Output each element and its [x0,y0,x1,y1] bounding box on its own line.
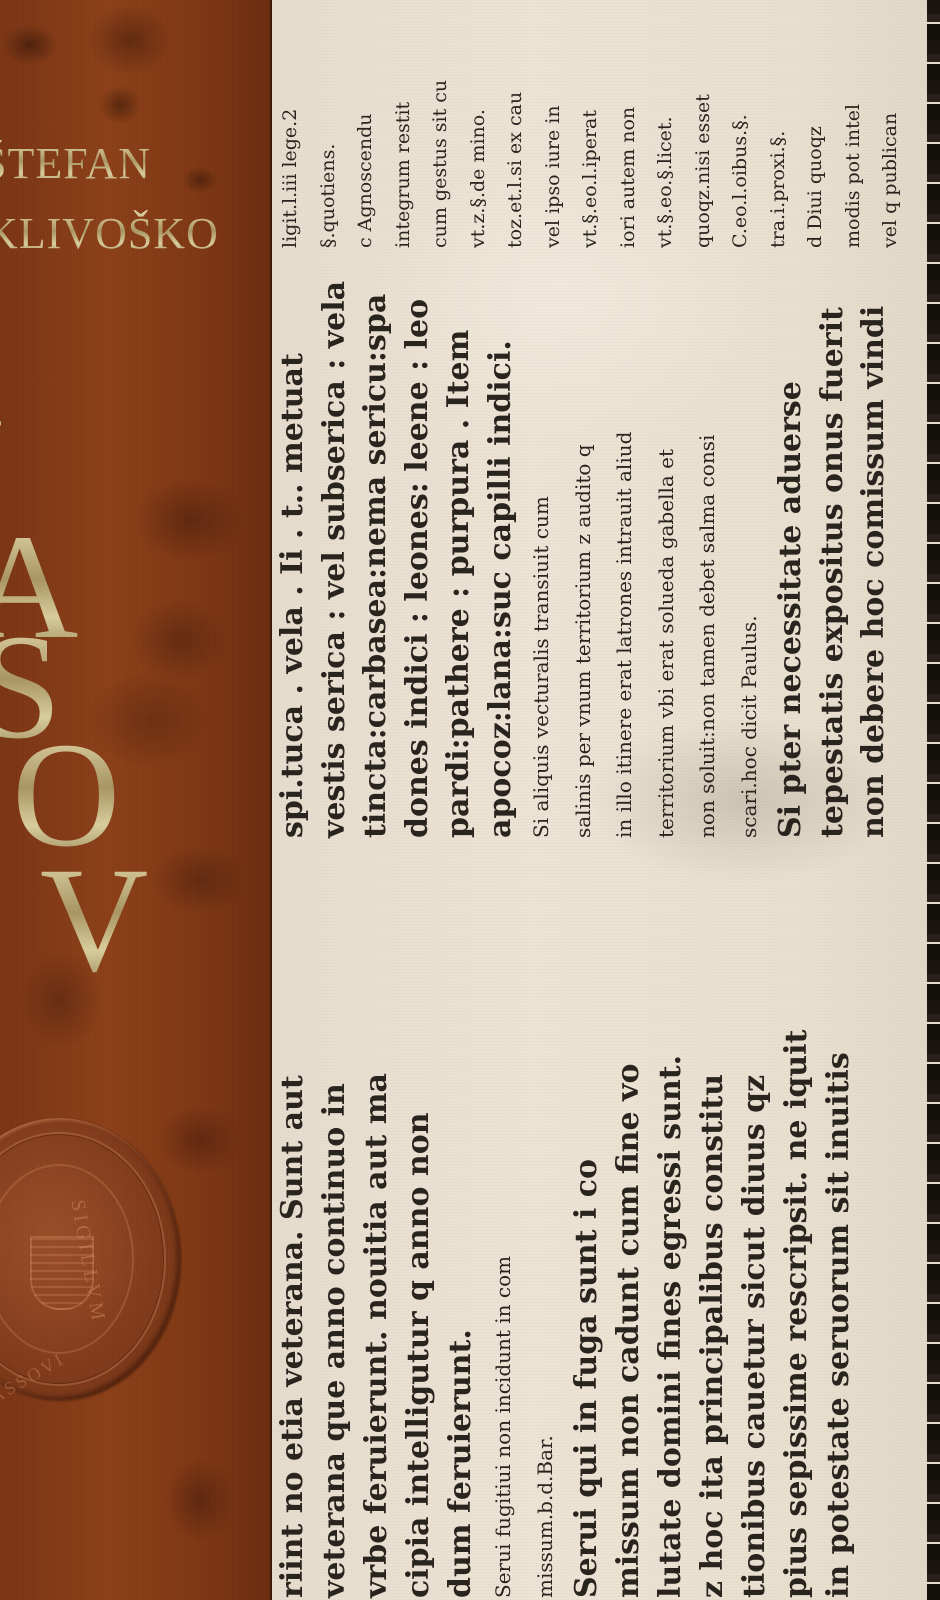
text-line: dones indici : leones: leene : leo [397,258,439,838]
text-line: riint no etia veterana. Sunt aut [272,898,314,1598]
text-block-middle: spi.tuca . vela . Ii . t.. metuat vestis… [272,258,895,838]
text-line: vt.§.eo.l.iperat [572,0,610,248]
incunabula-page: ligit.l.iii lege.2 §.quotiens. c Agnosce… [272,0,927,1600]
text-line: cum gestus sit cu [422,0,460,248]
text-line: iori autem non [610,0,648,248]
text-line: lutate domini fines egressi sunt. [650,898,692,1598]
text-line: Si pter necessitate aduerse [770,258,812,838]
leather-panel: ŠTEFAN KLIVOŠKO J A S O V SIGILLVM IASSO… [0,0,272,1600]
embossed-seal-icon: SIGILLVM IASSOVI [0,1118,180,1400]
text-line: veterana que anno continuo in [314,898,356,1598]
text-line: cipia intelligutur q anno non [398,898,440,1598]
text-line: c Agnoscendu [347,0,385,248]
text-line: apocoz:lana:suc capilli indici. [480,258,522,838]
text-line: vestis serica : vel subserica : vela [314,258,356,838]
text-line: vrbe feruierunt. nouitia aut ma [356,898,398,1598]
text-line: toz.et.l.si ex cau [497,0,535,248]
author-last-name: KLIVOŠKO [0,208,219,259]
text-line: non soluit:non tamen debet salma consi [687,258,729,838]
text-line: Si aliquis vecturalis transiuit cum [521,258,563,838]
text-line: vel q publican [872,0,910,248]
text-line: §.quotiens. [310,0,348,248]
page-edge-strip [927,0,940,1600]
text-line: Serui fugitiui non incidunt in com [482,898,524,1598]
text-line: quoqz.nisi esset [685,0,723,248]
text-line: Serui qui in fuga sunt i co [566,898,608,1598]
text-line: in illo itinere erat latrones intrauit a… [604,258,646,838]
text-line: non debere hoc comissum vindi [853,258,895,838]
text-line: vt.z.§.de mino. [460,0,498,248]
title-letter-v: V [40,845,149,995]
text-line: salinis per vnum territorium z audito q [563,258,605,838]
text-line: tepestatis expositus onus fuerit [812,258,854,838]
text-line: pardi:pathere : purpura . Item [438,258,480,838]
text-line: missum non cadunt cum fine vo [608,898,650,1598]
text-line: integrum restit [385,0,423,248]
text-line: tra.i.proxi.§. [760,0,798,248]
book-cover: ŠTEFAN KLIVOŠKO J A S O V SIGILLVM IASSO… [0,0,940,1600]
text-line: pius sepissime rescripsit. ne iquit [776,898,818,1598]
text-line: territorium vbi erat solueda gabella et [646,258,688,838]
text-line: spi.tuca . vela . Ii . t.. metuat [272,258,314,838]
text-line: vt.§.eo.§.licet. [647,0,685,248]
text-line: in potestate seruorum sit inuitis [818,898,860,1598]
text-line: scari.hoc dicit Paulus. [729,258,771,838]
text-block-top: ligit.l.iii lege.2 §.quotiens. c Agnosce… [272,0,910,248]
text-line: d Diui quoqz [797,0,835,248]
text-line: missum.b.d.Bar. [524,898,566,1598]
text-line: C.eo.l.oibus.§. [722,0,760,248]
text-line: z hoc ita principalibus constitu [692,898,734,1598]
text-block-bottom: riint no etia veterana. Sunt aut veteran… [272,898,860,1598]
text-line: tincta:carbasea:nema sericu:spa [355,258,397,838]
text-line: ligit.l.iii lege.2 [272,0,310,248]
text-line: tionibus cauetur sicut diuus qz [734,898,776,1598]
text-line: dum feruierunt. [440,898,482,1598]
text-line: vel ipso iure in [535,0,573,248]
text-line: modis pot intel [835,0,873,248]
author-first-name: ŠTEFAN [0,138,151,189]
